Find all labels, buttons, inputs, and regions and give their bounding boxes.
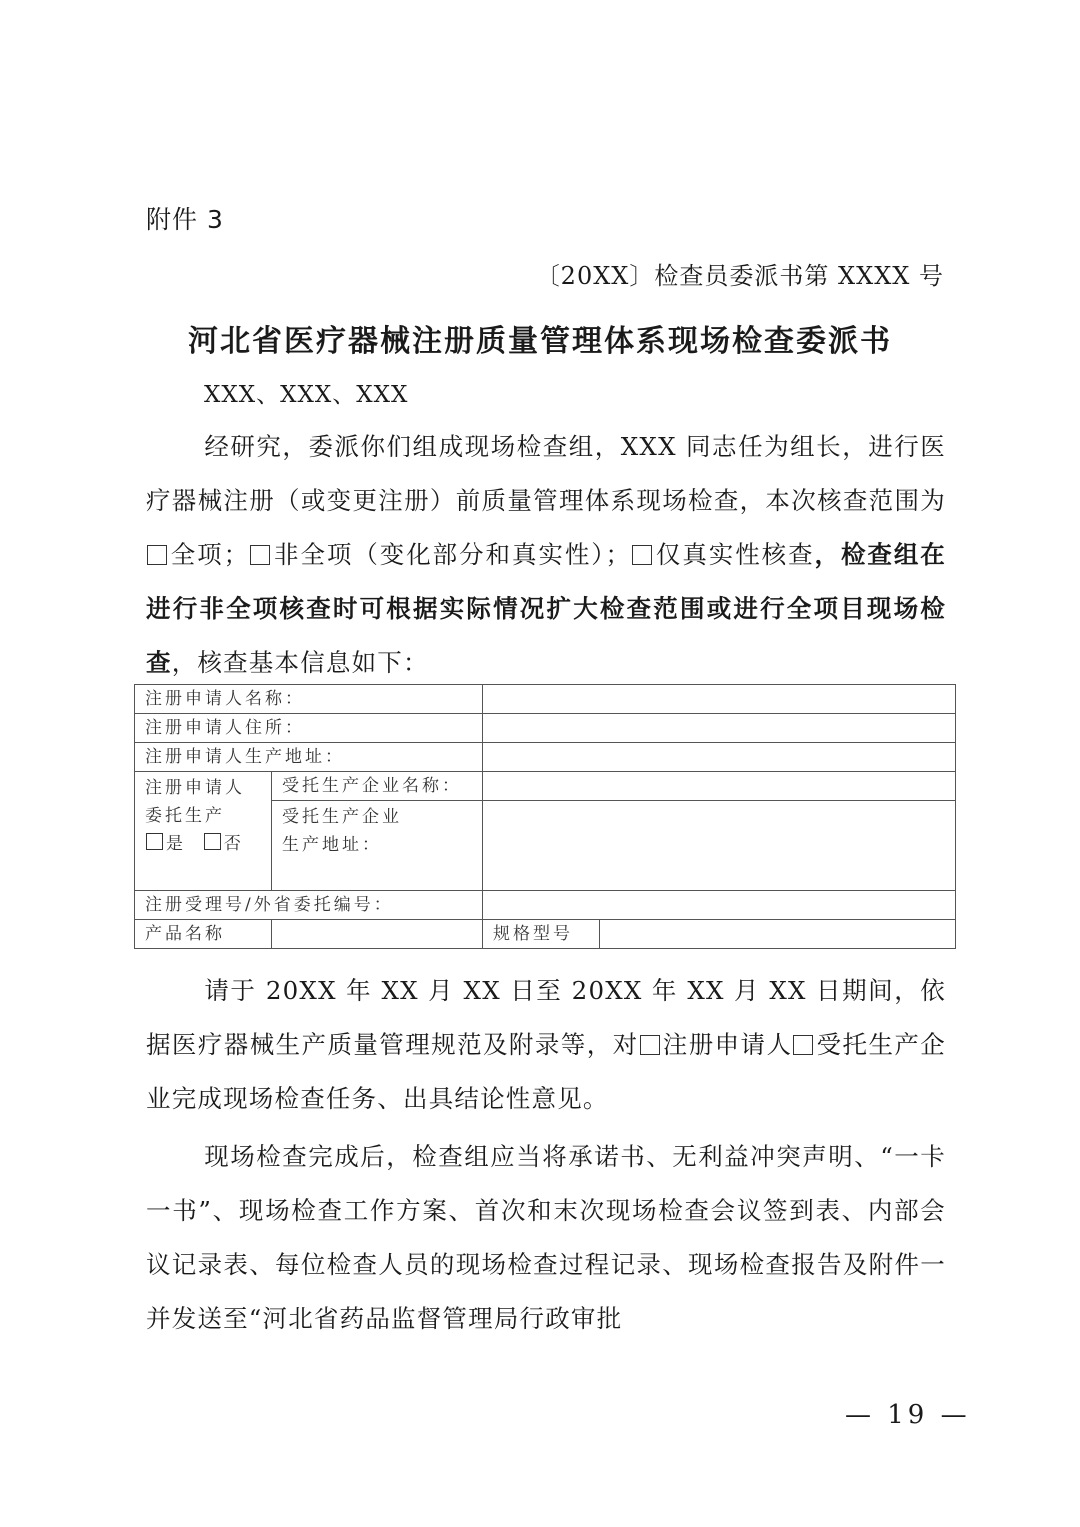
paragraph-text-end: ，核查基本信息如下： <box>172 648 429 677</box>
entrusted-company-address-label: 受托生产企业 生产地址： <box>272 801 483 891</box>
product-name-label: 产品名称 <box>135 920 272 949</box>
applicant-name-label: 注册申请人名称： <box>135 685 483 714</box>
spec-model-label: 规格型号 <box>483 920 600 949</box>
applicant-residence-field[interactable] <box>483 714 956 743</box>
checkbox-no[interactable] <box>204 833 221 850</box>
product-name-field[interactable] <box>272 920 483 949</box>
checkbox-authenticity-only[interactable] <box>632 545 652 565</box>
entrusted-options: 是 否 <box>145 830 271 858</box>
entrusted-production-label: 注册申请人 委托生产 是 否 <box>135 772 272 891</box>
table-row: 注册受理号/外省委托编号： <box>135 891 956 920</box>
no-label: 否 <box>224 834 244 854</box>
checkbox-applicant[interactable] <box>640 1035 660 1055</box>
entrusted-company-address-field[interactable] <box>483 801 956 891</box>
paragraph-text: 现场检查完成后，检查组应当将承诺书、无利益冲突声明、“一卡一书”、现场检查工作方… <box>146 1142 946 1333</box>
spec-model-field[interactable] <box>600 920 956 949</box>
document-number: 〔20XX〕检查员委派书第 XXXX 号 <box>536 256 944 291</box>
entrusted-label-line2: 委托生产 <box>145 802 271 830</box>
yes-label: 是 <box>166 834 186 854</box>
paragraph-text: 经研究，委派你们组成现场检查组，XXX 同志任为组长，进行医疗器械注册（或变更注… <box>146 432 946 515</box>
option-authenticity-label: 仅真实性核查 <box>655 540 814 569</box>
checkbox-yes[interactable] <box>146 833 163 850</box>
page-number: — 19 — <box>845 1400 971 1430</box>
paragraph-schedule: 请于 20XX 年 XX 月 XX 日至 20XX 年 XX 月 XX 日期间，… <box>146 964 946 1126</box>
attachment-label: 附件 3 <box>146 200 224 236</box>
acceptance-number-label: 注册受理号/外省委托编号： <box>135 891 483 920</box>
entrusted-company-name-label: 受托生产企业名称： <box>272 772 483 801</box>
paragraph-assignment: 经研究，委派你们组成现场检查组，XXX 同志任为组长，进行医疗器械注册（或变更注… <box>146 420 946 690</box>
checkbox-entrusted-company[interactable] <box>793 1035 813 1055</box>
table-row: 产品名称 规格型号 <box>135 920 956 949</box>
document-title: 河北省医疗器械注册质量管理体系现场检查委派书 <box>0 316 1080 360</box>
table-row: 注册申请人生产地址： <box>135 743 956 772</box>
applicant-name-field[interactable] <box>483 685 956 714</box>
option-full-scope-label: 全项； <box>170 540 249 569</box>
option-applicant-label: 注册申请人 <box>663 1030 793 1059</box>
table-row: 注册申请人 委托生产 是 否 受托生产企业名称： <box>135 772 956 801</box>
acceptance-number-field[interactable] <box>483 891 956 920</box>
entrusted-address-line2: 生产地址： <box>282 831 482 859</box>
applicant-residence-label: 注册申请人住所： <box>135 714 483 743</box>
addressee: XXX、XXX、XXX <box>204 376 408 409</box>
option-partial-scope-label: 非全项（变化部分和真实性）； <box>273 540 631 569</box>
applicant-production-address-label: 注册申请人生产地址： <box>135 743 483 772</box>
checkbox-full-scope[interactable] <box>147 545 167 565</box>
table-row: 注册申请人名称： <box>135 685 956 714</box>
applicant-production-address-field[interactable] <box>483 743 956 772</box>
entrusted-label-line1: 注册申请人 <box>145 774 271 802</box>
inspection-info-table: 注册申请人名称： 注册申请人住所： 注册申请人生产地址： 注册申请人 委托生产 … <box>134 684 956 949</box>
entrusted-company-name-field[interactable] <box>483 772 956 801</box>
table-row: 注册申请人住所： <box>135 714 956 743</box>
paragraph-submission: 现场检查完成后，检查组应当将承诺书、无利益冲突声明、“一卡一书”、现场检查工作方… <box>146 1130 946 1346</box>
entrusted-address-line1: 受托生产企业 <box>282 803 482 831</box>
checkbox-partial-scope[interactable] <box>250 545 270 565</box>
